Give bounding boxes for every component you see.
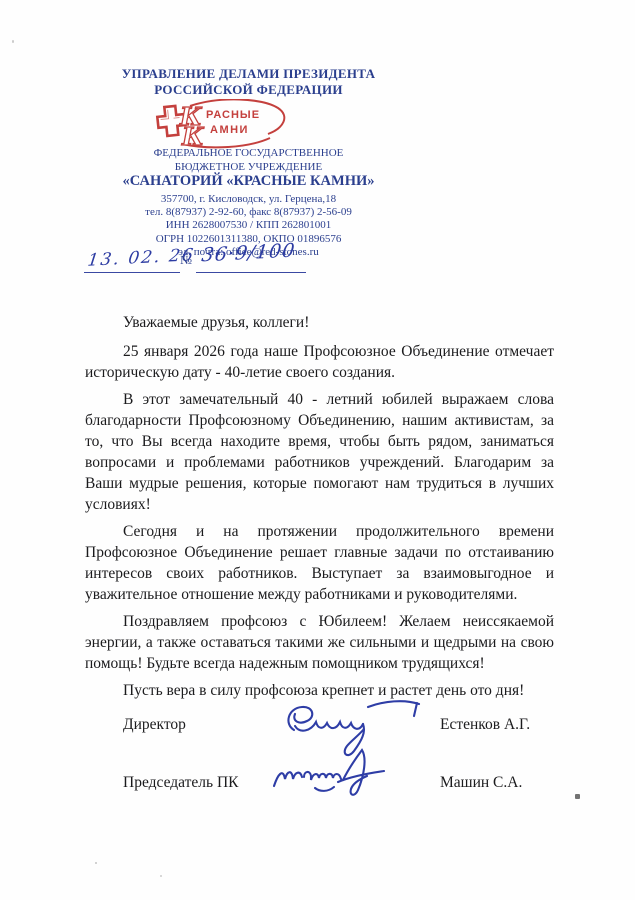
logo-k-bottom: К bbox=[181, 122, 205, 149]
org-type: ФЕДЕРАЛЬНОЕ ГОСУДАРСТВЕННОЕ БЮДЖЕТНОЕ УЧ… bbox=[0, 147, 497, 174]
scanned-letter-page: УПРАВЛЕНИЕ ДЕЛАМИ ПРЕЗИДЕНТА РОССИЙСКОЙ … bbox=[0, 0, 635, 900]
date-underline bbox=[84, 272, 180, 273]
number-label: № bbox=[180, 253, 192, 268]
org-type-line-2: БЮДЖЕТНОЕ УЧРЕЖДЕНИЕ bbox=[0, 161, 497, 175]
scan-speck bbox=[160, 875, 162, 877]
org-inn-kpp: ИНН 2628007530 / КПП 262801001 bbox=[0, 219, 497, 232]
salutation: Уважаемые друзья, коллеги! bbox=[85, 312, 554, 333]
scan-speck bbox=[12, 40, 14, 43]
org-type-line-1: ФЕДЕРАЛЬНОЕ ГОСУДАРСТВЕННОЕ bbox=[0, 147, 497, 161]
org-name: «САНАТОРИЙ «КРАСНЫЕ КАМНИ» bbox=[0, 173, 497, 190]
signer-title-director: Директор bbox=[123, 716, 186, 734]
reference-line: 13. 02. 26 № 36·9/100 bbox=[84, 246, 344, 280]
agency-line-2: РОССИЙСКОЙ ФЕДЕРАЦИИ bbox=[0, 82, 497, 98]
paragraph-3: Сегодня и на протяжении продолжительного… bbox=[85, 521, 554, 605]
paragraph-1: 25 января 2026 года наше Профсоюзное Объ… bbox=[85, 341, 554, 383]
signer-name-chairman: Машин С.А. bbox=[440, 774, 522, 792]
org-phone: тел. 8(87937) 2-92-60, факс 8(87937) 2-5… bbox=[0, 206, 497, 219]
krasnye-kamni-logo: К К РАСНЫЕ АМНИ bbox=[0, 99, 466, 154]
chairman-signature-icon bbox=[268, 746, 398, 808]
signer-title-chairman: Председатель ПК bbox=[123, 774, 238, 792]
red-stones-logo-icon: К К РАСНЫЕ АМНИ bbox=[144, 99, 292, 149]
agency-line-1: УПРАВЛЕНИЕ ДЕЛАМИ ПРЕЗИДЕНТА bbox=[0, 66, 497, 82]
signer-name-director: Естенков А.Г. bbox=[440, 716, 530, 734]
org-address: 357700, г. Кисловодск, ул. Герцена,18 bbox=[0, 193, 497, 206]
letter-body: Уважаемые друзья, коллеги! 25 января 202… bbox=[85, 312, 554, 707]
paragraph-2: В этот замечательный 40 - летний юбилей … bbox=[85, 389, 554, 515]
paragraph-4: Поздравляем профсоюз с Юбилеем! Желаем н… bbox=[85, 611, 554, 674]
agency-name: УПРАВЛЕНИЕ ДЕЛАМИ ПРЕЗИДЕНТА РОССИЙСКОЙ … bbox=[0, 66, 497, 98]
scan-speck bbox=[95, 862, 97, 864]
scan-speck bbox=[575, 794, 580, 799]
logo-word-top: РАСНЫЕ bbox=[206, 109, 260, 121]
logo-word-bottom: АМНИ bbox=[210, 124, 249, 136]
number-underline bbox=[196, 272, 306, 273]
handwritten-number: 36·9/100 bbox=[200, 240, 296, 267]
